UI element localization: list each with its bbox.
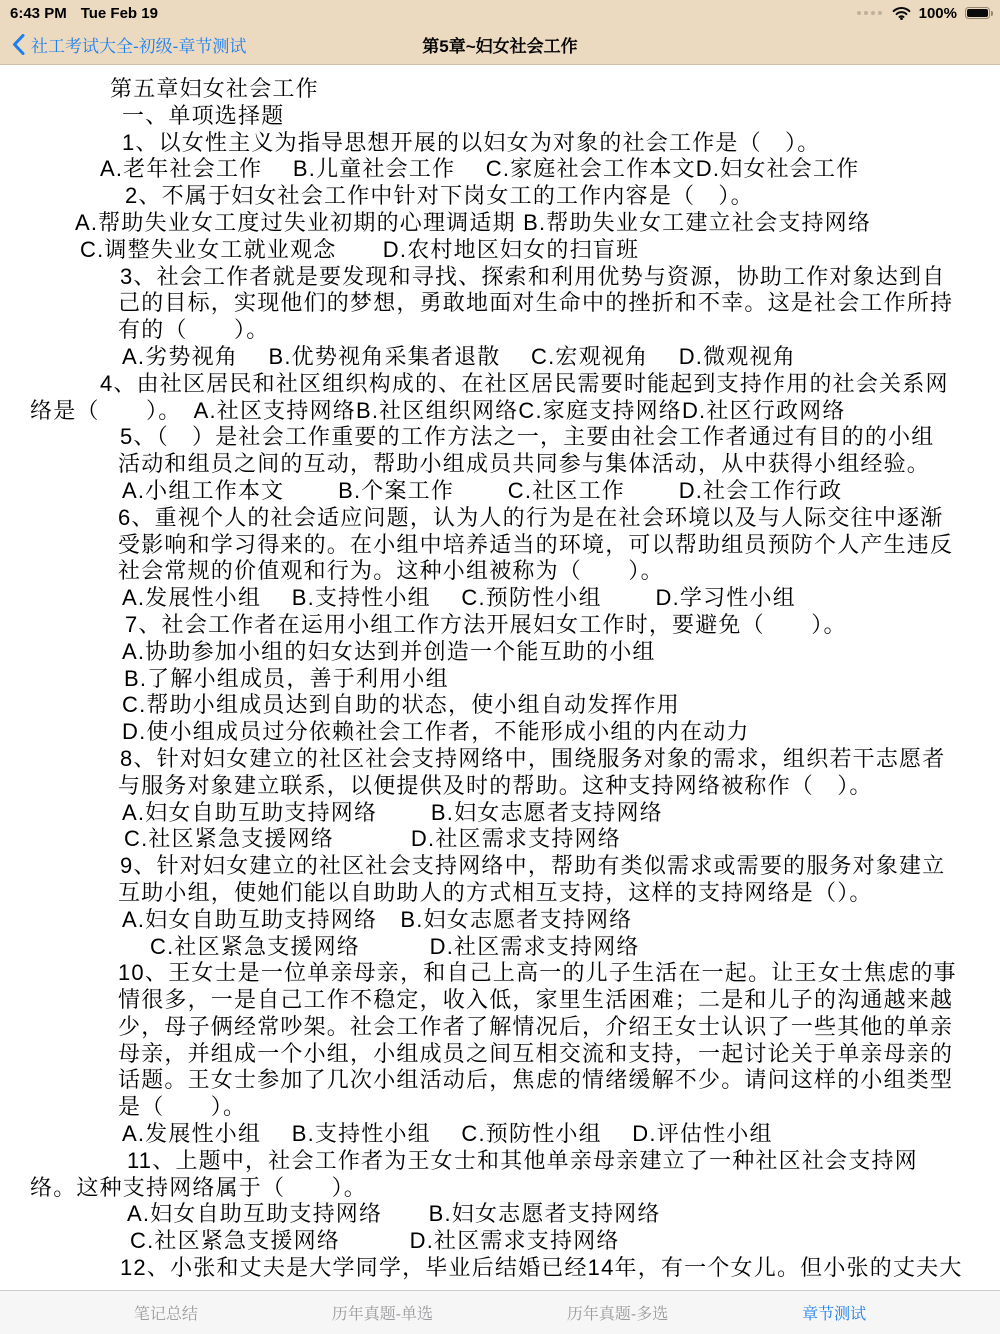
content-line: D.使小组成员过分依赖社会工作者，不能形成小组的内在动力 [0,719,1000,746]
status-bar: 6:43 PM Tue Feb 19 100% [0,0,1000,24]
content-line: 受影响和学习得来的。在小组中培养适当的环境，可以帮助组员预防个人产生违反 [0,532,1000,559]
content-line: C.帮助小组成员达到自助的状态，使小组自动发挥作用 [0,692,1000,719]
content-line: 活动和组员之间的互动，帮助小组成员共同参与集体活动，从中获得小组经验。 [0,451,1000,478]
content-line: 9、针对妇女建立的社区社会支持网络中，帮助有类似需求或需要的服务对象建立 [0,853,1000,880]
content-line: 12、小张和丈夫是大学同学，毕业后结婚已经14年，有一个女儿。但小张的丈夫大 [0,1255,1000,1282]
content-line: A.妇女自助互助支持网络 B.妇女志愿者支持网络 [0,800,1000,827]
content-line: 6、重视个人的社会适应问题，认为人的行为是在社会环境以及与人际交往中逐渐 [0,505,1000,532]
content-line: 4、由社区居民和社区组织构成的、在社区居民需要时能起到支持作用的社会关系网 [0,371,1000,398]
back-button[interactable]: 社工考试大全-初级-章节测试 [12,24,246,64]
content-line: 1、以女性主义为指导思想开展的以妇女为对象的社会工作是（ ）。 [0,130,1000,157]
battery-fill [967,9,988,17]
content-line: A.帮助失业女工度过失业初期的心理调适期 B.帮助失业女工建立社会支持网络 [0,210,1000,237]
content-line: 8、针对妇女建立的社区社会支持网络中，围绕服务对象的需求，组织若干志愿者 [0,746,1000,773]
content-line: 话题。王女士参加了几次小组活动后，焦虑的情绪缓解不少。请问这样的小组类型 [0,1067,1000,1094]
content-line: 少，母子俩经常吵架。社会工作者了解情况后，介绍王女士认识了一些其他的单亲 [0,1014,1000,1041]
question-content[interactable]: 第五章妇女社会工作一、单项选择题1、以女性主义为指导思想开展的以妇女为对象的社会… [0,65,1000,1290]
content-line: 情很多，一是自己工作不稳定，收入低，家里生活困难；二是和儿子的沟通越来越 [0,987,1000,1014]
content-line: 11、上题中，社会工作者为王女士和其他单亲母亲建立了一种社区社会支持网 [0,1148,1000,1175]
content-line: 第五章妇女社会工作 [0,76,1000,103]
battery-icon [965,7,990,19]
content-line: 与服务对象建立联系，以便提供及时的帮助。这种支持网络被称作（ ）。 [0,773,1000,800]
tab-past-exam-multiple[interactable]: 历年真题-多选 [567,1301,668,1324]
content-line: A.劣势视角 B.优势视角采集者退散 C.宏观视角 D.微观视角 [0,344,1000,371]
tab-bar: 笔记总结历年真题-单选历年真题-多选章节测试 [0,1290,1000,1334]
content-line: A.协助参加小组的妇女达到并创造一个能互助的小组 [0,639,1000,666]
content-line: 有的（ ）。 [0,317,1000,344]
content-line: B.了解小组成员，善于利用小组 [0,666,1000,693]
content-line: C.社区紧急支援网络 D.社区需求支持网络 [0,826,1000,853]
status-right: 100% [857,5,990,22]
content-line: C.社区紧急支援网络 D.社区需求支持网络 [0,934,1000,961]
content-line: A.妇女自助互助支持网络 B.妇女志愿者支持网络 [0,907,1000,934]
content-line: 5、（ ）是社会工作重要的工作方法之一，主要由社会工作者通过有目的的小组 [0,424,1000,451]
content-line: 是（ ）。 [0,1094,1000,1121]
wifi-icon [892,6,911,20]
content-line: A.发展性小组 B.支持性小组 C.预防性小组 D.评估性小组 [0,1121,1000,1148]
content-line: C.社区紧急支援网络 D.社区需求支持网络 [0,1228,1000,1255]
content-line: 2、不属于妇女社会工作中针对下岗女工的工作内容是（ ）。 [0,183,1000,210]
tab-notes-summary[interactable]: 笔记总结 [134,1301,198,1324]
content-line: 互助小组，使她们能以自助助人的方式相互支持，这样的支持网络是（）。 [0,880,1000,907]
cellular-dots-icon [857,11,882,15]
content-line: A.妇女自助互助支持网络 B.妇女志愿者支持网络 [0,1201,1000,1228]
screen: 6:43 PM Tue Feb 19 100% 社工考试大全-初级-章节测试 [0,0,1000,1334]
content-line: 一、单项选择题 [0,103,1000,130]
battery-nub [991,11,994,16]
back-label: 社工考试大全-初级-章节测试 [31,32,246,57]
nav-bar: 社工考试大全-初级-章节测试 第5章~妇女社会工作 [0,24,1000,65]
chevron-left-icon [12,34,25,55]
tab-chapter-test[interactable]: 章节测试 [802,1301,866,1324]
content-line: 7、社会工作者在运用小组工作方法开展妇女工作时，要避免（ ）。 [0,612,1000,639]
status-time: 6:43 PM [10,5,67,22]
page-title: 第5章~妇女社会工作 [422,32,577,57]
content-line: C.调整失业女工就业观念 D.农村地区妇女的扫盲班 [0,237,1000,264]
status-date: Tue Feb 19 [81,5,158,22]
content-line: 络是（ ）。 A.社区支持网络B.社区组织网络C.家庭支持网络D.社区行政网络 [0,398,1000,425]
content-line: A.小组工作本文 B.个案工作 C.社区工作 D.社会工作行政 [0,478,1000,505]
content-line: 络。这种支持网络属于（ ）。 [0,1175,1000,1202]
content-line: 社会常规的价值观和行为。这种小组被称为（ ）。 [0,558,1000,585]
battery-percent: 100% [919,5,957,22]
content-line: A.发展性小组 B.支持性小组 C.预防性小组 D.学习性小组 [0,585,1000,612]
content-line: 3、社会工作者就是要发现和寻找、探索和利用优势与资源，协助工作对象达到自 [0,264,1000,291]
content-line: A.老年社会工作 B.儿童社会工作 C.家庭社会工作本文D.妇女社会工作 [0,156,1000,183]
content-line: 10、王女士是一位单亲母亲，和自己上高一的儿子生活在一起。让王女士焦虑的事 [0,960,1000,987]
tab-past-exam-single[interactable]: 历年真题-单选 [332,1301,433,1324]
content-line: 己的目标，实现他们的梦想，勇敢地面对生命中的挫折和不幸。这是社会工作所持 [0,290,1000,317]
content-line: 母亲，并组成一个小组，小组成员之间互相交流和支持，一起讨论关于单亲母亲的 [0,1041,1000,1068]
status-left: 6:43 PM Tue Feb 19 [10,5,158,22]
